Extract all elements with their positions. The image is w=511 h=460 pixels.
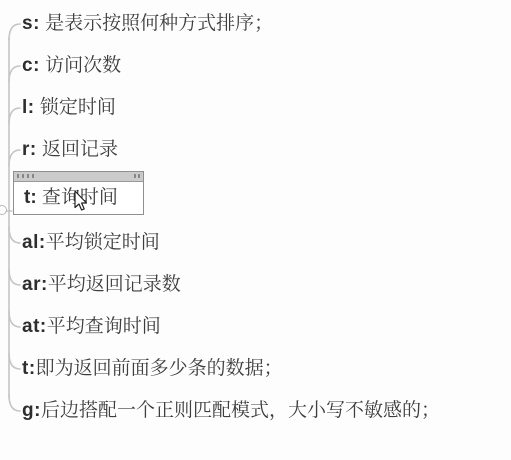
node-text: 平均锁定时间 — [46, 232, 160, 253]
node-prefix: t: — [24, 187, 37, 208]
node-edit-box[interactable]: t: 查询时间 — [13, 171, 144, 215]
mindmap-node-t2[interactable]: t:即为返回前面多少条的数据； — [22, 356, 283, 382]
branch-elbow — [9, 66, 20, 82]
node-text: 返回记录 — [37, 139, 118, 160]
branch-elbow — [9, 150, 20, 166]
mindmap-node-ar[interactable]: ar:平均返回记录数 — [22, 272, 181, 298]
drag-grip-icon — [17, 174, 34, 178]
node-prefix: r: — [22, 139, 37, 160]
mindmap-canvas: s: 是表示按照何种方式排序； c: 访问次数 l: 锁定时间 r: 返回记录 … — [0, 0, 511, 460]
node-prefix: l: — [22, 97, 35, 118]
branch-elbow — [9, 311, 20, 327]
branch-collapse-handle[interactable] — [0, 205, 7, 215]
mindmap-node-g[interactable]: g:后边搭配一个正则匹配模式，大小写不敏感的； — [22, 398, 440, 424]
mindmap-node-r[interactable]: r: 返回记录 — [22, 137, 118, 163]
mindmap-node-al[interactable]: al:平均锁定时间 — [22, 230, 160, 256]
resize-grip-icon — [134, 174, 140, 178]
mindmap-node-at[interactable]: at:平均查询时间 — [22, 314, 161, 340]
node-prefix: at: — [22, 316, 47, 337]
edit-box-drag-handle[interactable] — [14, 172, 143, 182]
node-prefix: ar: — [22, 274, 48, 295]
node-text: 查询时间 — [37, 187, 118, 208]
node-prefix: al: — [22, 232, 46, 253]
node-text: 是表示按照何种方式排序； — [40, 13, 273, 34]
node-text: 访问次数 — [40, 55, 121, 76]
mindmap-node-s[interactable]: s: 是表示按照何种方式排序； — [22, 11, 273, 37]
branch-elbow — [9, 227, 20, 243]
node-text: 即为返回前面多少条的数据； — [36, 358, 283, 379]
node-prefix: g: — [22, 400, 41, 421]
mindmap-node-c[interactable]: c: 访问次数 — [22, 53, 121, 79]
node-prefix: t: — [22, 358, 36, 379]
branch-elbow — [9, 353, 20, 369]
node-text: 平均查询时间 — [47, 316, 161, 337]
node-prefix: c: — [22, 55, 40, 76]
edit-text-field[interactable]: t: 查询时间 — [14, 182, 143, 214]
branch-elbow — [9, 395, 20, 411]
node-text: 锁定时间 — [35, 97, 116, 118]
node-text: 后边搭配一个正则匹配模式，大小写不敏感的； — [41, 400, 440, 421]
node-prefix: s: — [22, 13, 40, 34]
branch-elbow — [9, 269, 20, 285]
branch-elbow — [9, 24, 20, 40]
branch-elbow — [9, 108, 20, 124]
mindmap-node-l[interactable]: l: 锁定时间 — [22, 95, 116, 121]
node-text: 平均返回记录数 — [48, 274, 181, 295]
